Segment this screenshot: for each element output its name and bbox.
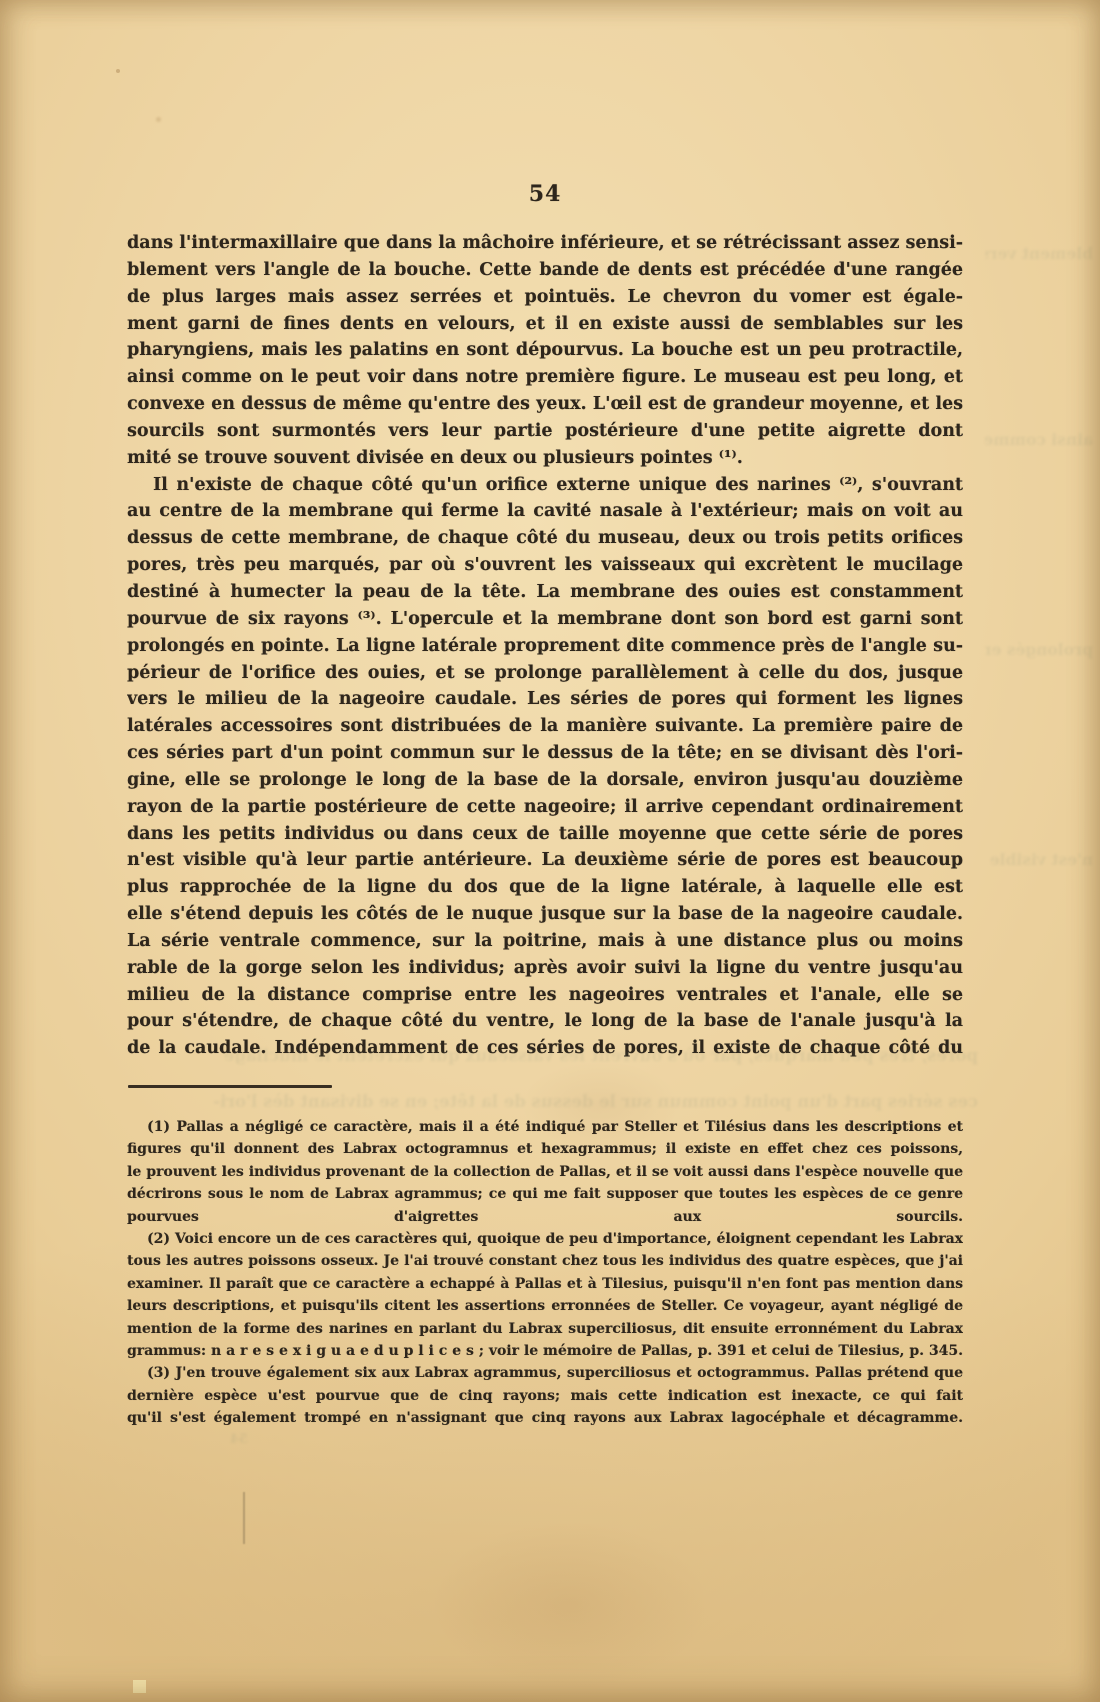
paper-speck [116,69,120,73]
page-number: 54 [127,181,963,207]
ink-showthrough: 54 [140,1432,248,1447]
footnotes: (1) Pallas a négligé ce caractère, mais … [127,1116,963,1429]
paper-stain [430,1520,710,1690]
text-line: sourcils sont surmontés vers leur partie… [127,418,963,445]
text-line: destiné à humecter la peau de la tête. L… [127,579,963,606]
paper-flaw-square [133,1680,146,1693]
text-line: tous les autres poissons osseux. Je l'ai… [127,1250,963,1272]
scanned-book-page: 54 dans l'intermaxillaire que dans la mâ… [0,0,1100,1702]
text-line: vers le milieu de la nageoire caudale. L… [127,686,963,713]
text-line: au centre de la membrane qui ferme la ca… [127,498,963,525]
text-line: figures qu'il donnent des Labrax octogra… [127,1138,963,1160]
paper-speck [156,117,161,122]
footnote: (3) J'en trouve également six aux Labrax… [127,1362,963,1429]
text-line: pourvue de six rayons ⁽³⁾. L'opercule et… [127,606,963,633]
text-line: leurs descriptions, et puisqu'ils citent… [127,1295,963,1317]
text-line: latérales accessoires sont distribuées d… [127,713,963,740]
text-line: (1) Pallas a négligé ce caractère, mais … [127,1116,963,1138]
footnote-separator-rule [128,1085,332,1088]
ink-showthrough: blement vers l'angle de la bouche. Cette… [985,244,1093,263]
text-line: qu'il s'est également trompé en n'assign… [127,1407,963,1429]
paragraph: dans l'intermaxillaire que dans la mâcho… [127,230,963,472]
text-line: dans les petits individus ou dans ceux d… [127,821,963,848]
text-line: de plus larges mais assez serrées et poi… [127,284,963,311]
text-line: (3) J'en trouve également six aux Labrax… [127,1362,963,1384]
text-line: ainsi comme on le peut voir dans notre p… [127,364,963,391]
text-line: dernière espèce u'est pourvue que de cin… [127,1385,963,1407]
body-text: dans l'intermaxillaire que dans la mâcho… [127,230,963,1062]
text-line: pourvues d'aigrettes aux sourcils. [127,1206,963,1228]
footnote: (1) Pallas a négligé ce caractère, mais … [127,1116,963,1228]
text-line: pour s'étendre, de chaque côté du ventre… [127,1008,963,1035]
text-line: décrirons sous le nom de Labrax agrammus… [127,1183,963,1205]
scratch-mark [243,1492,245,1544]
text-line: La série ventrale commence, sur la poitr… [127,928,963,955]
text-line: prolongés en pointe. La ligne latérale p… [127,633,963,660]
text-line: de la caudale. Indépendamment de ces sér… [127,1035,963,1062]
text-line: examiner. Il paraît que ce caractère a e… [127,1273,963,1295]
paragraph: Il n'existe de chaque côté qu'un orifice… [127,472,963,1063]
text-line: grammus: n a r e s e x i g u a e d u p l… [127,1340,963,1362]
ink-showthrough: ainsi comme on le peut voir dans notre p… [985,430,1093,449]
ink-showthrough: n'est visible qu'à leur partie antérieur… [985,850,1093,869]
text-line: rayon de la partie postérieure de cette … [127,794,963,821]
text-line: pharyngiens, mais les palatins en sont d… [127,337,963,364]
ink-showthrough: prolongés en pointe. La ligne latérale p… [985,640,1093,659]
text-line: milieu de la distance comprise entre les… [127,982,963,1009]
footnote: (2) Voici encore un de ces caractères qu… [127,1228,963,1362]
text-line: n'est visible qu'à leur partie antérieur… [127,847,963,874]
text-line: ment garni de fines dents en velours, et… [127,311,963,338]
text-line: pores, très peu marqués, par où s'ouvren… [127,552,963,579]
text-line: Il n'existe de chaque côté qu'un orifice… [127,472,963,499]
text-line: périeur de l'orifice des ouies, et se pr… [127,660,963,687]
text-line: elle s'étend depuis les côtés de le nuqu… [127,901,963,928]
text-line: rable de la gorge selon les individus; a… [127,955,963,982]
text-line: mité se trouve souvent divisée en deux o… [127,445,963,472]
text-line: le prouvent les individus provenant de l… [127,1161,963,1183]
text-line: gine, elle se prolonge le long de la bas… [127,767,963,794]
text-line: blement vers l'angle de la bouche. Cette… [127,257,963,284]
ink-showthrough: ces séries part d'un point commun sur le… [138,1092,978,1111]
text-line: convexe en dessus de même qu'entre des y… [127,391,963,418]
text-line: dans l'intermaxillaire que dans la mâcho… [127,230,963,257]
text-line: dessus de cette membrane, de chaque côté… [127,525,963,552]
text-line: mention de la forme des narines en parla… [127,1318,963,1340]
text-line: ces séries part d'un point commun sur le… [127,740,963,767]
text-line: (2) Voici encore un de ces caractères qu… [127,1228,963,1250]
text-line: plus rapprochée de la ligne du dos que d… [127,874,963,901]
